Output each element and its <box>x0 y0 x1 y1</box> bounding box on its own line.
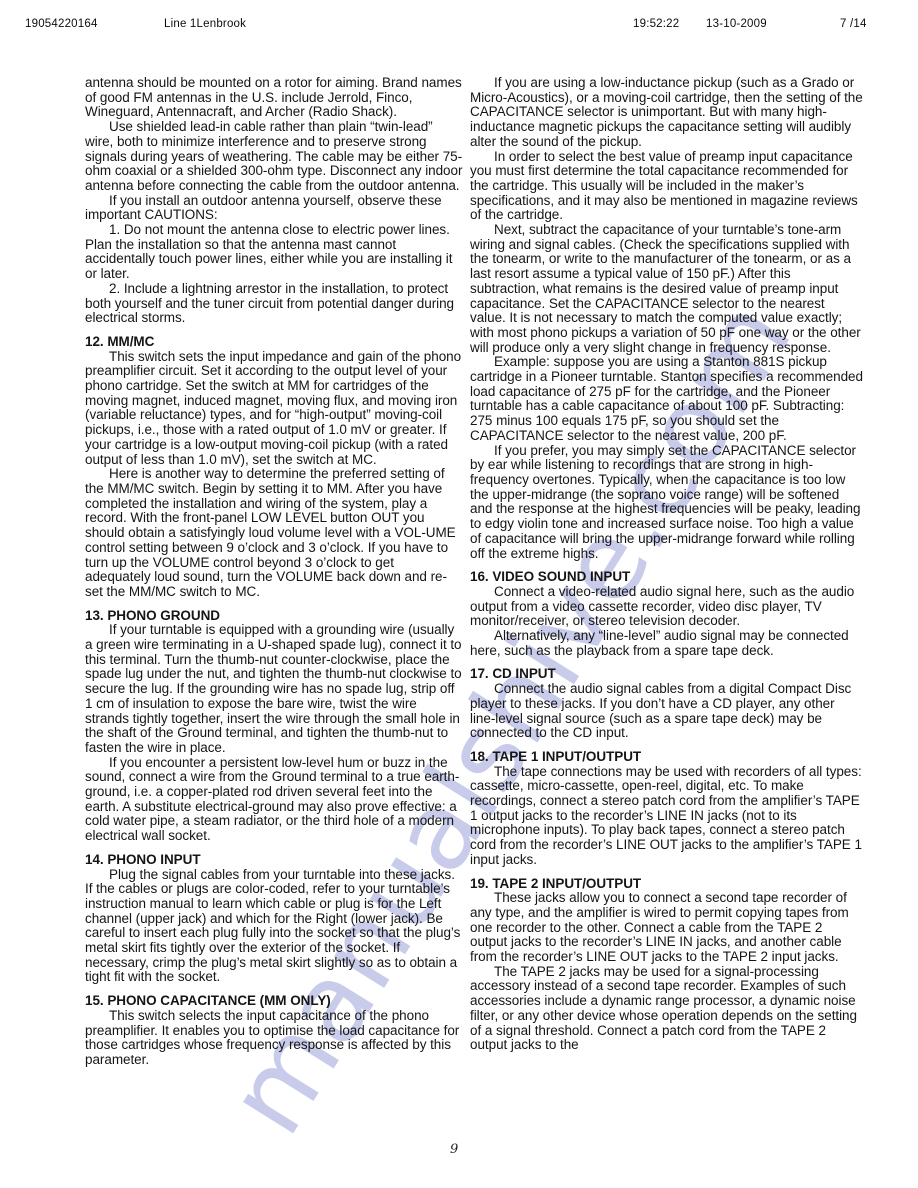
fax-date: 13-10-2009 <box>706 18 767 30</box>
paragraph: Plug the signal cables from your turntab… <box>85 868 463 986</box>
paragraph: If you encounter a persistent low-level … <box>85 756 463 844</box>
fax-line-label: Line 1Lenbrook <box>164 18 246 30</box>
paragraph: 2. Include a lightning arrestor in the i… <box>85 282 463 326</box>
fax-doc-id: 19054220164 <box>25 18 98 30</box>
paragraph: These jacks allow you to connect a secon… <box>470 891 863 965</box>
paragraph: antenna should be mounted on a rotor for… <box>85 76 463 120</box>
page-number: 9 <box>450 1142 458 1157</box>
paragraph: Alternatively, any “line-level” audio si… <box>470 629 863 658</box>
paragraph: The tape connections may be used with re… <box>470 765 863 868</box>
section-heading: 16. VIDEO SOUND INPUT <box>470 570 863 585</box>
paragraph: If you install an outdoor antenna yourse… <box>85 194 463 223</box>
paragraph: If you prefer, you may simply set the CA… <box>470 444 863 562</box>
paragraph: If you are using a low-inductance pickup… <box>470 76 863 150</box>
left-column: antenna should be mounted on a rotor for… <box>85 76 463 1068</box>
scanned-manual-page: 19054220164 Line 1Lenbrook 19:52:22 13-1… <box>0 0 918 1188</box>
paragraph: Connect the audio signal cables from a d… <box>470 682 863 741</box>
paragraph: 1. Do not mount the antenna close to ele… <box>85 223 463 282</box>
paragraph: If your turntable is equipped with a gro… <box>85 623 463 755</box>
paragraph: Connect a video-related audio signal her… <box>470 585 863 629</box>
section-heading: 15. PHONO CAPACITANCE (MM ONLY) <box>85 994 463 1009</box>
document-body: antenna should be mounted on a rotor for… <box>85 76 863 1068</box>
section-heading: 19. TAPE 2 INPUT/OUTPUT <box>470 877 863 892</box>
paragraph: This switch selects the input capacitanc… <box>85 1009 463 1068</box>
right-column: If you are using a low-inductance pickup… <box>470 76 863 1068</box>
fax-header: 19054220164 Line 1Lenbrook 19:52:22 13-1… <box>0 18 918 34</box>
paragraph: In order to select the best value of pre… <box>470 150 863 224</box>
paragraph: Here is another way to determine the pre… <box>85 467 463 599</box>
paragraph: Use shielded lead-in cable rather than p… <box>85 120 463 194</box>
fax-page-count: 7 /14 <box>840 18 867 30</box>
paragraph: The TAPE 2 jacks may be used for a signa… <box>470 965 863 1053</box>
section-heading: 13. PHONO GROUND <box>85 609 463 624</box>
section-heading: 12. MM/MC <box>85 335 463 350</box>
section-heading: 18. TAPE 1 INPUT/OUTPUT <box>470 750 863 765</box>
fax-time: 19:52:22 <box>633 18 679 30</box>
paragraph: Next, subtract the capacitance of your t… <box>470 223 863 355</box>
section-heading: 14. PHONO INPUT <box>85 853 463 868</box>
section-heading: 17. CD INPUT <box>470 667 863 682</box>
paragraph: This switch sets the input impedance and… <box>85 350 463 468</box>
paragraph: Example: suppose you are using a Stanton… <box>470 355 863 443</box>
